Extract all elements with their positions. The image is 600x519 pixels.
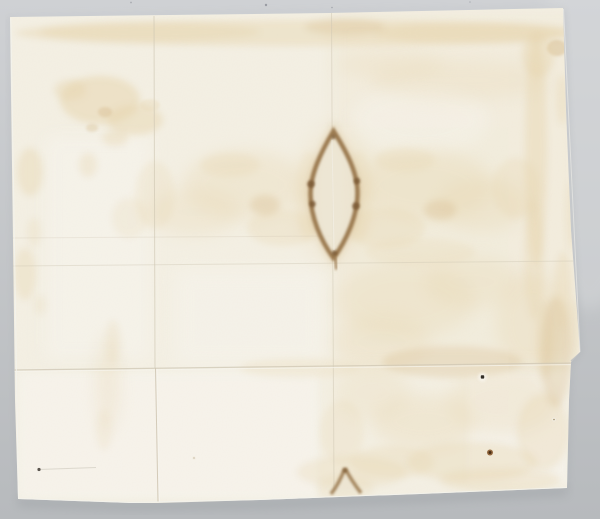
dust-speck <box>130 2 132 4</box>
dust-speck <box>265 4 267 6</box>
photo-canvas <box>0 0 600 519</box>
dust-speck <box>469 1 471 3</box>
paper-surface-detail <box>0 0 600 519</box>
paper-grain <box>0 0 600 519</box>
photo <box>0 0 600 519</box>
dust-speck <box>331 7 333 9</box>
